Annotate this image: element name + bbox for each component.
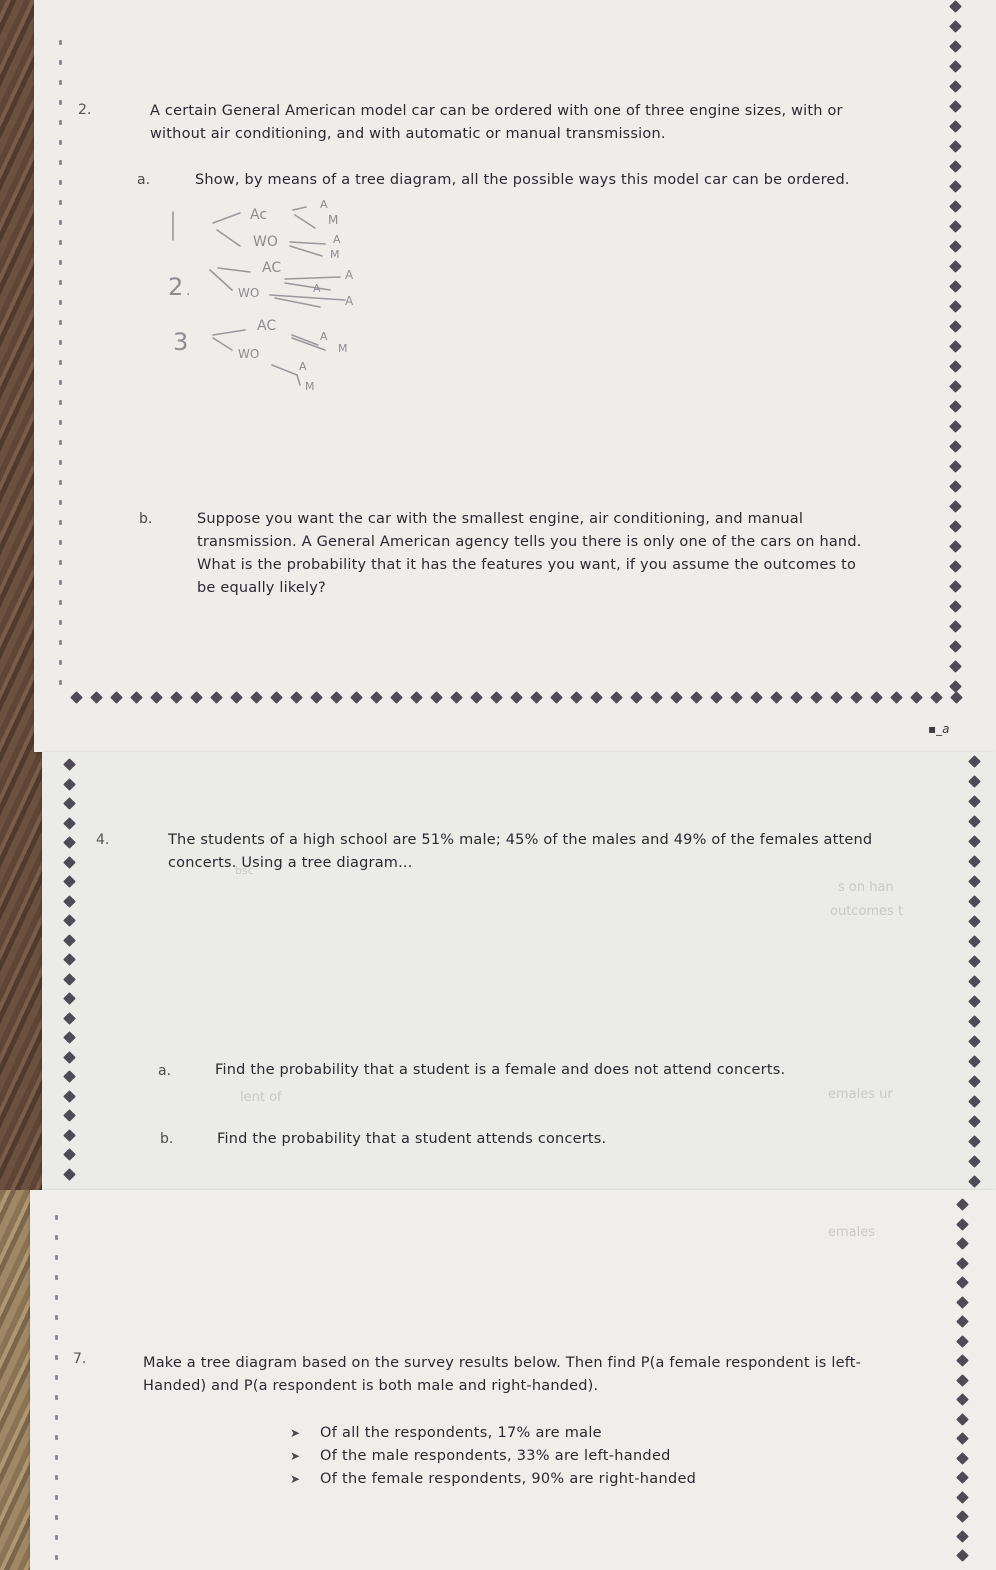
svg-text:A: A xyxy=(299,360,307,373)
arrow-bullet-icon: ➤ xyxy=(290,1426,320,1440)
question-4a-text: Find the probability that a student is a… xyxy=(215,1059,785,1082)
bleed-through-text: s on han xyxy=(838,880,894,895)
svg-text:WO: WO xyxy=(253,234,278,250)
svg-text:A: A xyxy=(345,268,354,282)
svg-text:AC: AC xyxy=(257,318,276,334)
bleed-through-text: lent of xyxy=(240,1090,282,1105)
bullet-text: Of the male respondents, 33% are left-ha… xyxy=(320,1448,671,1464)
svg-text:3: 3 xyxy=(173,328,188,356)
text-line: Suppose you want the car with the smalle… xyxy=(197,508,862,531)
bleed-through-text: emales xyxy=(828,1225,875,1240)
svg-text:Ac: Ac xyxy=(250,207,267,223)
svg-text:.: . xyxy=(186,283,190,299)
arrow-bullet-icon: ➤ xyxy=(290,1449,320,1463)
text-line: Handed) and P(a respondent is both male … xyxy=(143,1375,861,1398)
question-7-text: Make a tree diagram based on the survey … xyxy=(143,1352,861,1398)
svg-text:M: M xyxy=(338,342,348,355)
svg-text:A: A xyxy=(320,330,328,343)
text-line: transmission. A General American agency … xyxy=(197,531,862,554)
arrow-bullet-icon: ➤ xyxy=(290,1472,320,1486)
question-number: 7. xyxy=(73,1351,86,1367)
text-line: be equally likely? xyxy=(197,577,862,600)
svg-text:A: A xyxy=(333,233,341,246)
list-item: ➤Of the male respondents, 33% are left-h… xyxy=(290,1444,696,1467)
text-line: The students of a high school are 51% ma… xyxy=(168,829,872,852)
list-item: ➤Of the female respondents, 90% are righ… xyxy=(290,1467,696,1490)
bleed-through-text: outcomes t xyxy=(830,904,903,919)
svg-text:WO: WO xyxy=(238,347,259,361)
svg-text:A: A xyxy=(345,294,354,308)
text-line: Make a tree diagram based on the survey … xyxy=(143,1352,861,1375)
survey-results-list: ➤Of all the respondents, 17% are male ➤O… xyxy=(290,1421,696,1490)
svg-text:A: A xyxy=(320,198,328,211)
handwritten-tree-diagram: 2 . 3 Ac A M WO A M AC A A WO A AC A M W… xyxy=(0,0,996,1570)
part-label: b. xyxy=(160,1131,173,1147)
question-4-text: The students of a high school are 51% ma… xyxy=(168,829,872,875)
svg-text:M: M xyxy=(305,380,315,393)
bleed-through-text: bsc xyxy=(235,864,254,877)
svg-text:WO: WO xyxy=(238,286,259,300)
part-label: a. xyxy=(158,1063,171,1079)
question-number: 4. xyxy=(96,832,109,848)
corner-mark: ▪_a xyxy=(928,722,950,736)
question-4b-text: Find the probability that a student atte… xyxy=(217,1128,606,1151)
svg-text:A: A xyxy=(313,282,321,295)
bleed-through-text: emales ur xyxy=(828,1087,893,1102)
question-2b-text: Suppose you want the car with the smalle… xyxy=(197,508,862,600)
svg-text:2: 2 xyxy=(168,273,183,301)
svg-text:M: M xyxy=(330,248,340,261)
part-label: b. xyxy=(139,511,152,527)
bullet-text: Of the female respondents, 90% are right… xyxy=(320,1471,696,1487)
text-line: concerts. Using a tree diagram... xyxy=(168,852,872,875)
text-line: What is the probability that it has the … xyxy=(197,554,862,577)
list-item: ➤Of all the respondents, 17% are male xyxy=(290,1421,696,1444)
svg-text:M: M xyxy=(328,213,338,227)
svg-text:AC: AC xyxy=(262,260,281,276)
bullet-text: Of all the respondents, 17% are male xyxy=(320,1425,602,1441)
